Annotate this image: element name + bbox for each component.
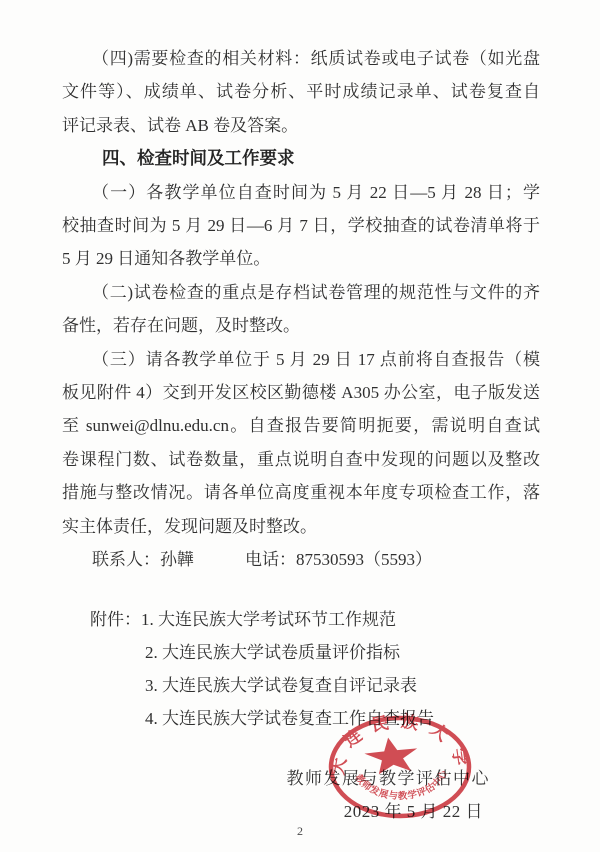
body-line: （三）请各教学单位于 5 月 29 日 17 点前将自查报告（模 [62,343,540,376]
body-line: 板见附件 4）交到开发区校区勤德楼 A305 办公室，电子版发送 [62,376,540,409]
attachment-item: 3. 大连民族大学试卷复查自评记录表 [62,669,540,702]
body-line: 至 sunwei@dlnu.edu.cn。自查报告要简明扼要，需说明自查试 [62,409,540,442]
body-line: 措施与整改情况。请各单位高度重视本年度专项检查工作，落 [62,476,540,509]
attachment-item: 2. 大连民族大学试卷质量评价指标 [62,636,540,669]
attachment-item: 附件：1. 大连民族大学考试环节工作规范 [62,603,540,636]
document-page: （四)需要检查的相关材料：纸质试卷或电子试卷（如光盘 文件等）、成绩单、试卷分析… [0,0,600,852]
seal-star-icon [362,735,422,775]
body-line: 文件等）、成绩单、试卷分析、平时成绩记录单、试卷复查自 [62,75,540,108]
section-heading: 四、检查时间及工作要求 [62,142,540,175]
body-line: 卷课程门数、试卷数量，重点说明自查中发现的问题以及整改 [62,443,540,476]
body-line: 校抽查时间为 5 月 29 日—6 月 7 日，学校抽查的试卷清单将于 [62,209,540,242]
body-line: 实主体责任，发现问题及时整改。 [62,510,540,543]
body-line: （四)需要检查的相关材料：纸质试卷或电子试卷（如光盘 [62,42,540,75]
document-body: （四)需要检查的相关材料：纸质试卷或电子试卷（如光盘 文件等）、成绩单、试卷分析… [62,42,540,735]
body-line: 5 月 29 日通知各教学单位。 [62,242,540,275]
page-number: 2 [0,824,600,839]
body-line: （二)试卷检查的重点是存档试卷管理的规范性与文件的齐 [62,276,540,309]
seal-ring-text: 大连民族大学 [327,711,472,778]
seal-bottom-text: 教师发展与教学评估中心 [352,768,450,802]
contact-line: 联系人：孙韡 电话：87530593（5593） [62,543,540,576]
official-seal-stamp: 大连民族大学 教师发展与教学评估中心 [322,708,480,826]
body-line: （一）各教学单位自查时间为 5 月 22 日—5 月 28 日；学 [62,176,540,209]
body-line: 备性，若存在问题，及时整改。 [62,309,540,342]
body-line: 评记录表、试卷 AB 卷及答案。 [62,109,540,142]
